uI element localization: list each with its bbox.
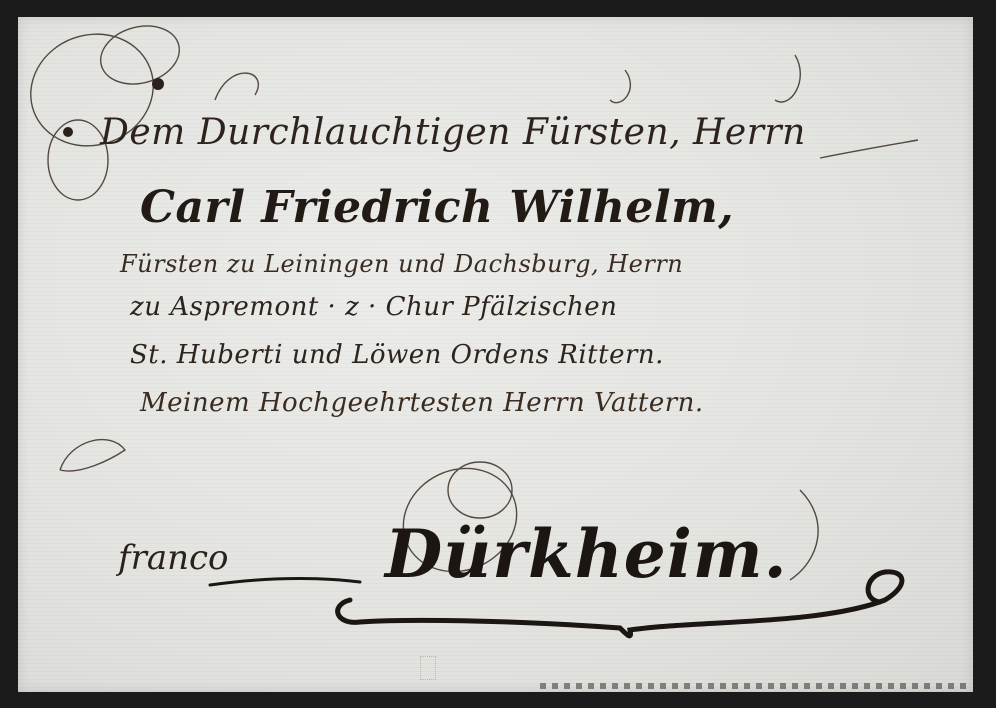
address-line-2-name: Carl Friedrich Wilhelm, [140,182,734,233]
postal-note-franco: franco [118,538,229,578]
address-line-4: zu Aspremont · z · Chur Pfälzischen [130,292,617,322]
faint-stamp-mark [420,656,436,680]
address-line-3: Fürsten zu Leiningen und Dachsburg, Herr… [120,250,683,278]
paper-edge-marks [540,683,970,689]
destination-town: Dürkheim. [385,515,788,593]
address-line-1: Dem Durchlauchtigen Fürsten, Herrn [100,112,806,153]
address-line-6: Meinem Hochgeehrtesten Herrn Vattern. [140,388,704,418]
address-line-5: St. Huberti und Löwen Ordens Rittern. [130,340,664,370]
